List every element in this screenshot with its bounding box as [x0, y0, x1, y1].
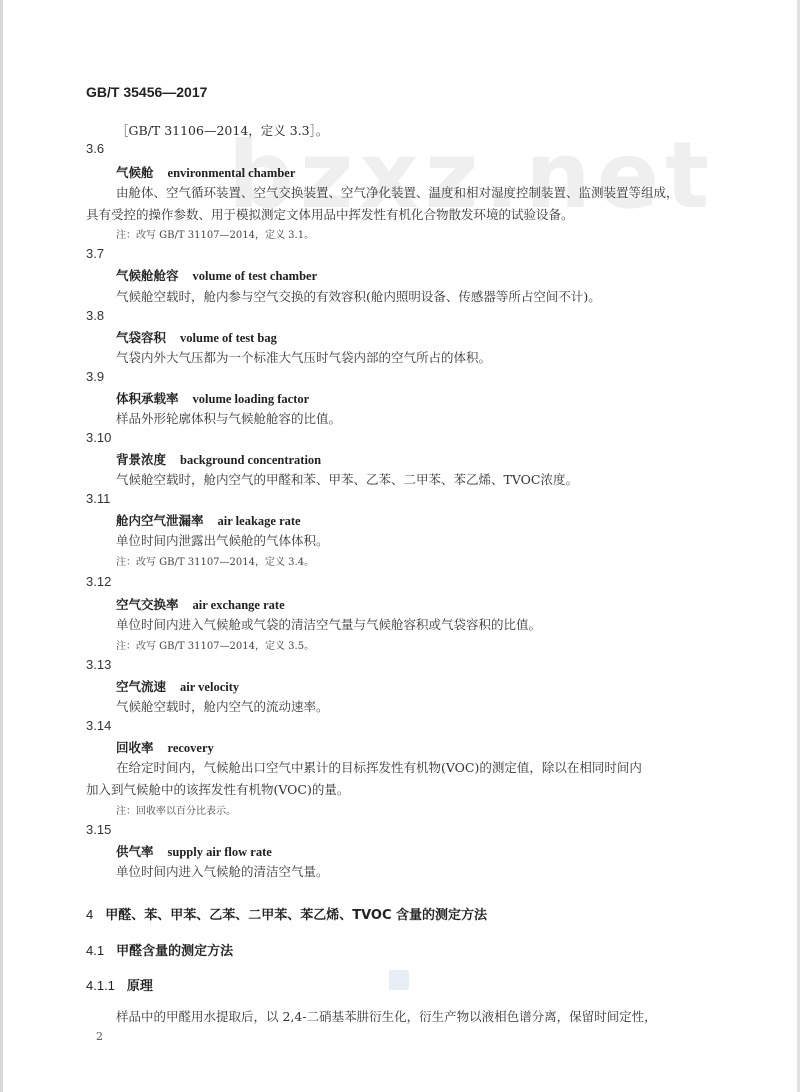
term-en: air velocity [180, 680, 239, 694]
term-definition: 单位时间内进入气候舱的清洁空气量。 [116, 862, 329, 880]
term-heading: 回收率recovery [116, 738, 214, 756]
term-definition: 单位时间内泄露出气候舱的气体体积。 [116, 531, 329, 549]
section-heading-4-1-1: 4.1.1原理 [86, 975, 153, 994]
term-en: supply air flow rate [168, 845, 272, 859]
term-heading: 空气流速air velocity [116, 677, 239, 695]
clause-number: 3.12 [86, 574, 111, 589]
term-en: air exchange rate [193, 598, 285, 612]
term-heading: 舱内空气泄漏率air leakage rate [116, 511, 301, 529]
clause-number: 3.9 [86, 369, 104, 384]
section-title: 甲醛、苯、甲苯、乙苯、二甲苯、苯乙烯、TVOC 含量的测定方法 [105, 908, 487, 923]
term-definition: 样品外形轮廓体积与气候舱舱容的比值。 [116, 409, 341, 427]
section-number: 4.1 [86, 943, 104, 958]
term-en: air leakage rate [218, 514, 301, 528]
term-heading: 体积承载率volume loading factor [116, 389, 309, 407]
scan-artifact-mark [389, 970, 409, 990]
term-en: environmental chamber [168, 166, 296, 180]
clause-number: 3.7 [86, 246, 104, 261]
term-note: 注：改写 GB/T 31107—2014，定义 3.4。 [116, 553, 314, 568]
term-note: 注：改写 GB/T 31107—2014，定义 3.5。 [116, 637, 314, 652]
clause-number: 3.11 [86, 491, 110, 506]
term-en: volume loading factor [193, 392, 310, 406]
term-zh: 空气流速 [116, 679, 166, 694]
clause-number: 3.15 [86, 822, 111, 837]
term-en: background concentration [180, 453, 321, 467]
term-heading: 空气交换率air exchange rate [116, 595, 285, 613]
term-zh: 气袋容积 [116, 330, 166, 345]
clause-number: 3.13 [86, 657, 111, 672]
term-note: 注：回收率以百分比表示。 [116, 802, 236, 817]
term-definition-continued: 具有受控的操作参数、用于模拟测定文体用品中挥发性有机化合物散发环境的试验设备。 [86, 205, 574, 223]
intro-reference: ［GB/T 31106—2014，定义 3.3］。 [116, 121, 328, 139]
term-en: volume of test bag [180, 331, 277, 345]
term-definition: 气候舱空载时，舱内参与空气交换的有效容积(舱内照明设备、传感器等所占空间不计)。 [116, 287, 601, 305]
term-zh: 空气交换率 [116, 597, 179, 612]
term-zh: 气候舱 [116, 165, 154, 180]
term-definition: 气候舱空载时，舱内空气的甲醛和苯、甲苯、乙苯、二甲苯、苯乙烯、TVOC浓度。 [116, 470, 578, 488]
term-en: volume of test chamber [193, 269, 318, 283]
section-number: 4 [86, 907, 93, 922]
term-heading: 供气率supply air flow rate [116, 842, 272, 860]
clause-number: 3.8 [86, 308, 104, 323]
term-zh: 回收率 [116, 740, 154, 755]
term-definition: 由舱体、空气循环装置、空气交换装置、空气净化装置、温度和相对湿度控制装置、监测装… [116, 183, 679, 201]
standard-code-header: GB/T 35456—2017 [86, 84, 207, 100]
term-definition: 气候舱空载时，舱内空气的流动速率。 [116, 697, 329, 715]
section-title: 甲醛含量的测定方法 [116, 944, 233, 959]
page-edge-left [0, 0, 3, 1092]
term-heading: 气候舱舱容volume of test chamber [116, 266, 317, 284]
term-definition: 单位时间内进入气候舱或气袋的清洁空气量与气候舱容积或气袋容积的比值。 [116, 615, 541, 633]
page-number: 2 [96, 1030, 103, 1043]
term-zh: 供气率 [116, 844, 154, 859]
clause-number: 3.10 [86, 430, 111, 445]
term-heading: 背景浓度background concentration [116, 450, 321, 468]
term-zh: 体积承载率 [116, 391, 179, 406]
term-note: 注：改写 GB/T 31107—2014，定义 3.1。 [116, 226, 314, 241]
term-zh: 舱内空气泄漏率 [116, 513, 204, 528]
section-heading-4-1: 4.1甲醛含量的测定方法 [86, 940, 233, 959]
term-en: recovery [168, 741, 214, 755]
term-heading: 气候舱environmental chamber [116, 163, 295, 181]
term-definition: 气袋内外大气压都为一个标准大气压时气袋内部的空气所占的体积。 [116, 348, 491, 366]
body-paragraph: 样品中的甲醛用水提取后，以 2,4-二硝基苯肼衍生化，衍生产物以液相色谱分离，保… [116, 1007, 657, 1025]
term-zh: 气候舱舱容 [116, 268, 179, 283]
term-zh: 背景浓度 [116, 452, 166, 467]
clause-number: 3.14 [86, 718, 111, 733]
term-definition-continued: 加入到气候舱中的该挥发性有机物(VOC)的量。 [86, 780, 349, 798]
term-definition: 在给定时间内，气候舱出口空气中累计的目标挥发性有机物(VOC)的测定值，除以在相… [116, 758, 642, 776]
clause-number: 3.6 [86, 141, 104, 156]
section-number: 4.1.1 [86, 978, 115, 993]
section-heading-4: 4甲醛、苯、甲苯、乙苯、二甲苯、苯乙烯、TVOC 含量的测定方法 [86, 904, 487, 923]
section-title: 原理 [127, 979, 153, 994]
term-heading: 气袋容积volume of test bag [116, 328, 277, 346]
